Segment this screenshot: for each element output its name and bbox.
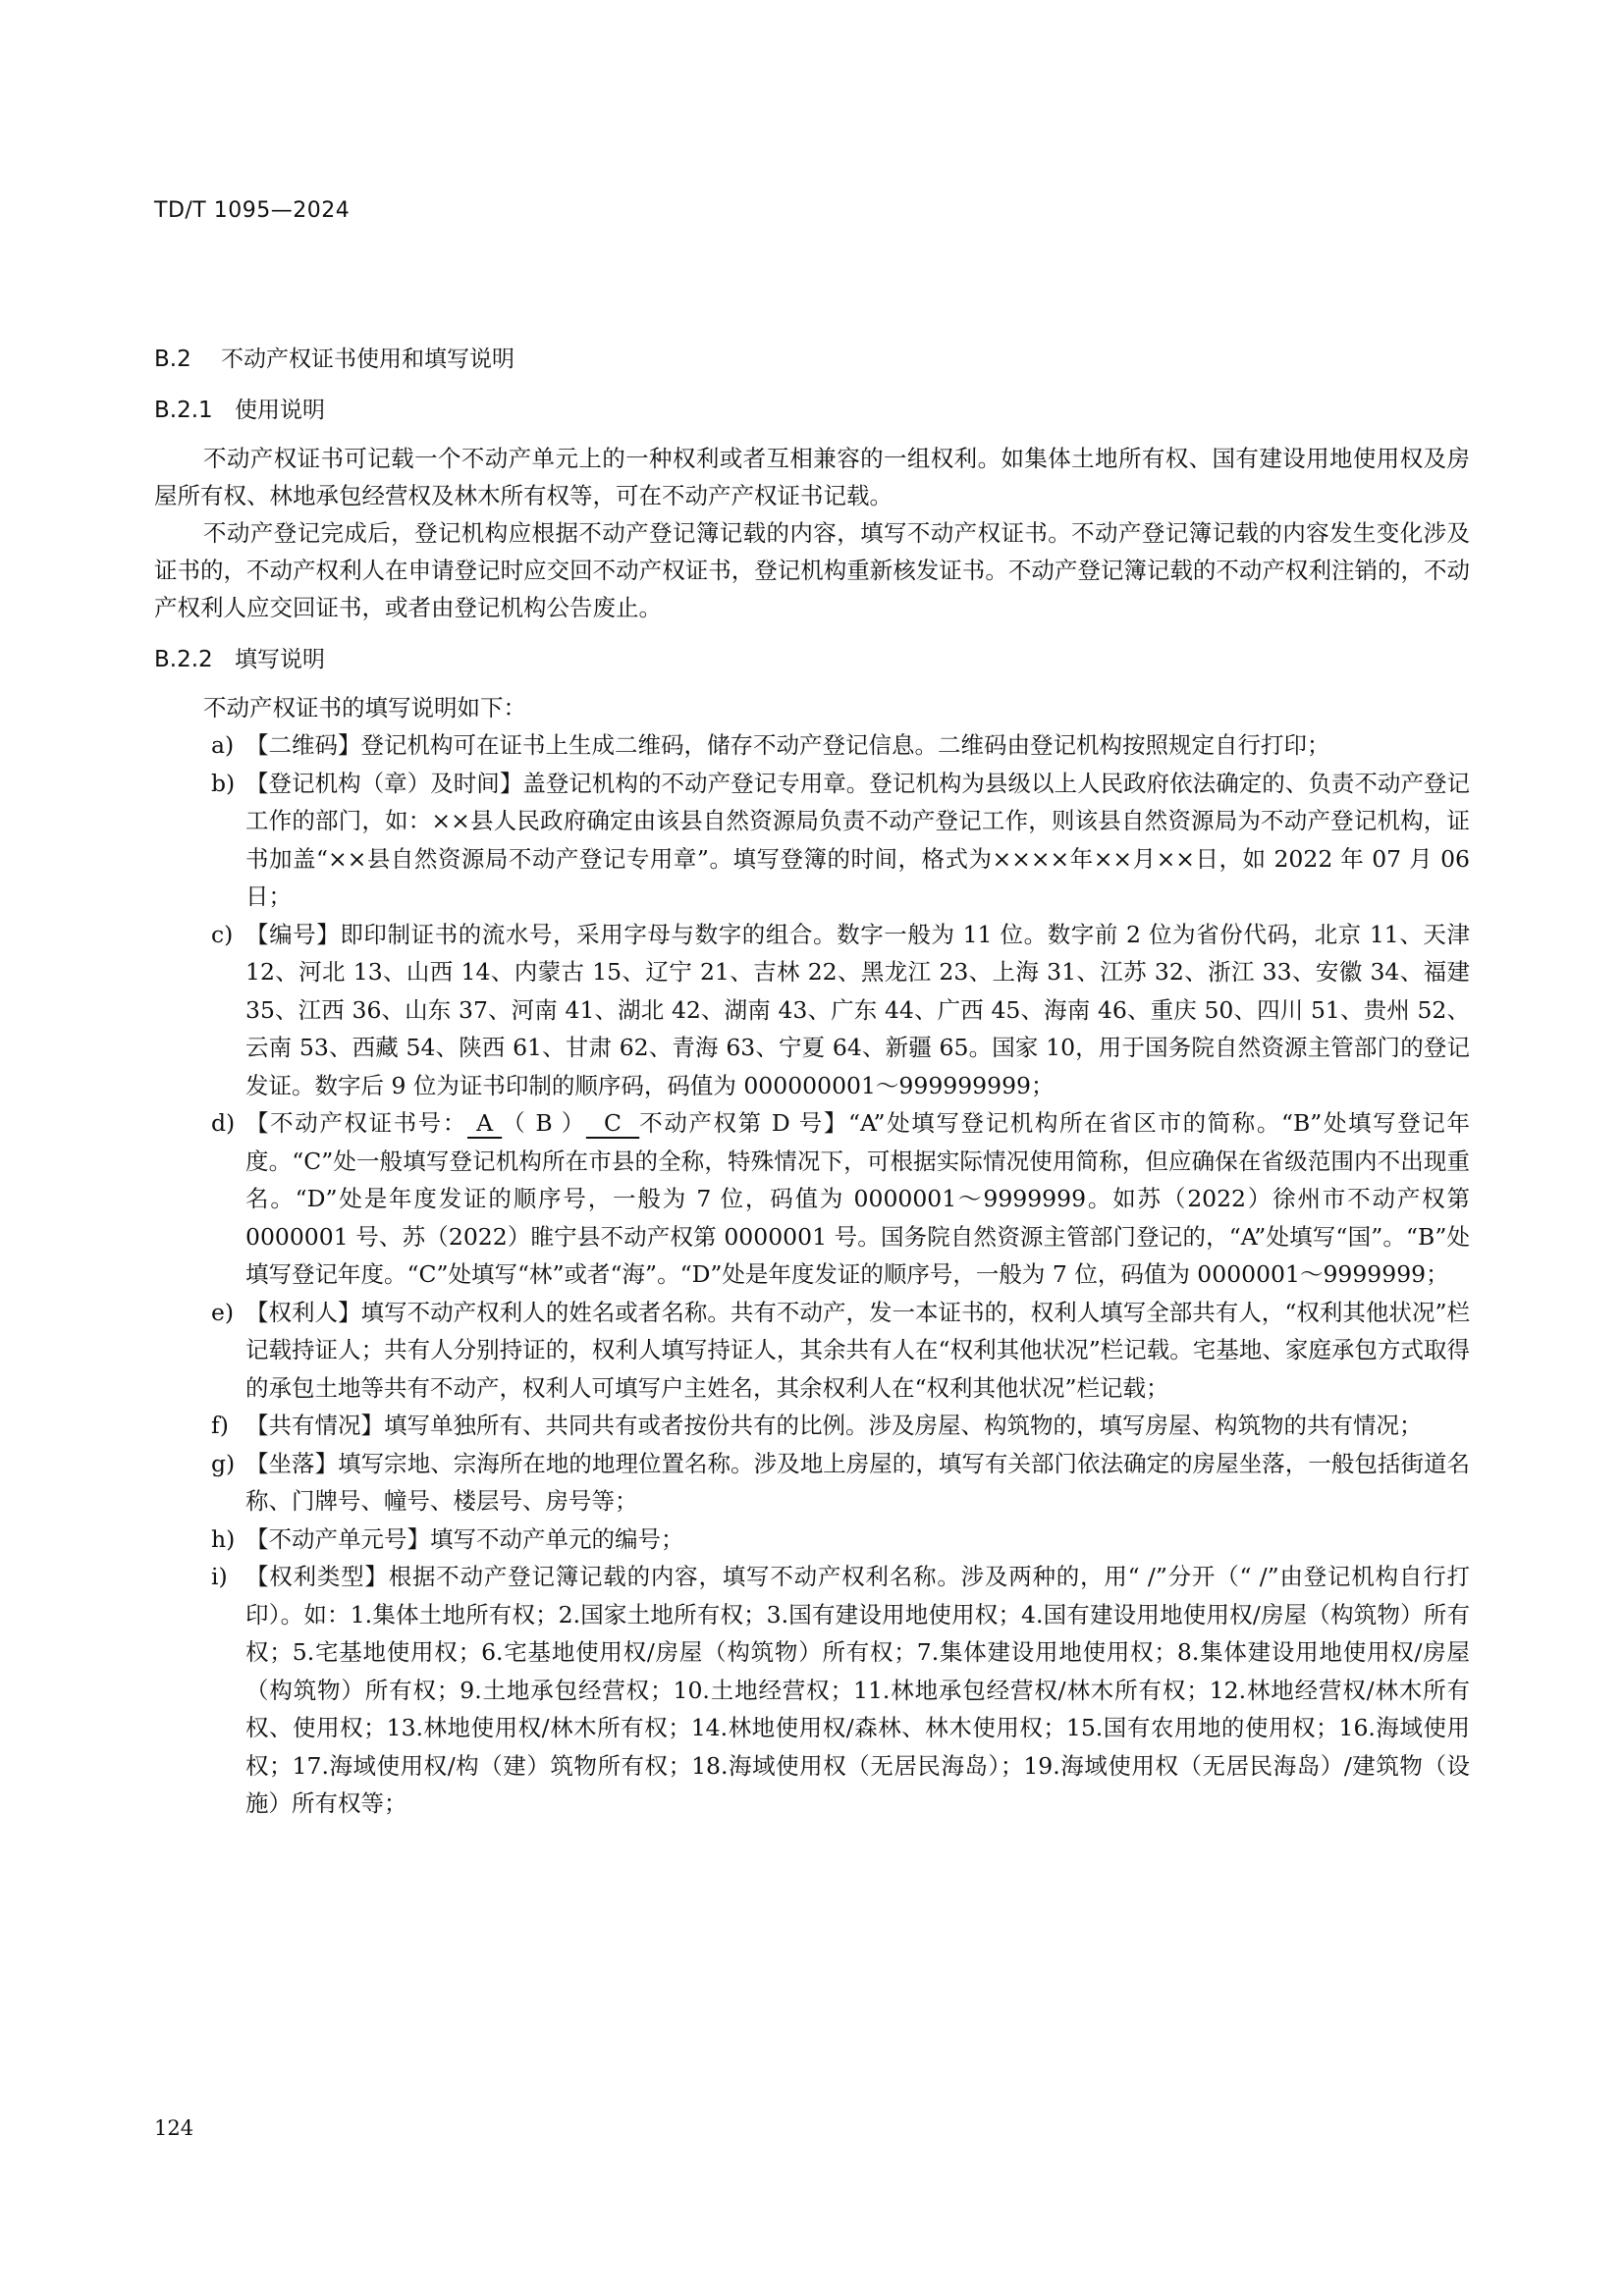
list-item-b: b) 【登记机构（章）及时间】盖登记机构的不动产登记专用章。登记机构为县级以上人…	[152, 765, 1470, 916]
list-item-g: g) 【坐落】填写宗地、宗海所在地的地理位置名称。涉及地上房屋的，填写有关部门依…	[152, 1445, 1470, 1521]
cert-field-a: A	[467, 1109, 502, 1137]
paragraph: 不动产权证书可记载一个不动产单元上的一种权利或者互相兼容的一组权利。如集体土地所…	[154, 440, 1470, 514]
list-item-text: 【不动产单元号】填写不动产单元的编号；	[245, 1525, 684, 1553]
list-item-text: 【权利类型】根据不动产登记簿记载的内容，填写不动产权利名称。涉及两种的，用“ /…	[245, 1563, 1470, 1817]
fill-instructions-list: a) 【二维码】登记机构可在证书上生成二维码，储存不动产登记信息。二维码由登记机…	[154, 726, 1470, 1823]
list-item-h: h) 【不动产单元号】填写不动产单元的编号；	[152, 1521, 1470, 1559]
list-item-text: 【编号】即印制证书的流水号，采用字母与数字的组合。数字一般为 11 位。数字前 …	[245, 921, 1470, 1099]
list-marker: g)	[211, 1445, 235, 1483]
list-item-i: i) 【权利类型】根据不动产登记簿记载的内容，填写不动产权利名称。涉及两种的，用…	[152, 1558, 1470, 1823]
list-marker: b)	[211, 765, 235, 803]
list-marker: a)	[211, 726, 234, 765]
list-item-c: c) 【编号】即印制证书的流水号，采用字母与数字的组合。数字一般为 11 位。数…	[152, 916, 1470, 1105]
list-marker: h)	[211, 1521, 235, 1559]
list-marker: f)	[211, 1407, 229, 1445]
subsection-title: 填写说明	[235, 647, 325, 672]
cert-field-c: C	[586, 1109, 639, 1137]
usage-paragraphs: 不动产权证书可记载一个不动产单元上的一种权利或者互相兼容的一组权利。如集体土地所…	[154, 440, 1470, 626]
list-item-e: e) 【权利人】填写不动产权利人的姓名或者名称。共有不动产，发一本证书的，权利人…	[152, 1294, 1470, 1408]
subsection-heading-b21: B.2.1使用说明	[154, 395, 1470, 426]
list-marker: e)	[211, 1294, 234, 1332]
list-item-d: d) 【不动产权证书号： A （ B ） C 不动产权第 D 号】“A”处填写登…	[152, 1104, 1470, 1294]
list-item-a: a) 【二维码】登记机构可在证书上生成二维码，储存不动产登记信息。二维码由登记机…	[152, 726, 1470, 765]
subsection-number: B.2.1	[154, 395, 235, 426]
cert-field-b: （ B ）	[502, 1109, 586, 1137]
subsection-heading-b22: B.2.2填写说明	[154, 644, 1470, 675]
list-item-text: 【共有情况】填写单独所有、共同共有或者按份共有的比例。涉及房屋、构筑物的，填写房…	[245, 1412, 1423, 1439]
list-item-text: 【坐落】填写宗地、宗海所在地的地理位置名称。涉及地上房屋的，填写有关部门依法确定…	[245, 1450, 1470, 1516]
section-heading: B.2不动产权证书使用和填写说明	[154, 344, 1470, 375]
section-title: 不动产权证书使用和填写说明	[221, 347, 514, 372]
list-item-text: 【二维码】登记机构可在证书上生成二维码，储存不动产登记信息。二维码由登记机构按照…	[245, 731, 1330, 759]
standard-code-header: TD/T 1095—2024	[154, 198, 350, 223]
list-intro: 不动产权证书的填写说明如下：	[154, 689, 1470, 726]
list-marker: c)	[211, 916, 233, 954]
list-item-f: f) 【共有情况】填写单独所有、共同共有或者按份共有的比例。涉及房屋、构筑物的，…	[152, 1407, 1470, 1445]
document-body: B.2不动产权证书使用和填写说明 B.2.1使用说明 不动产权证书可记载一个不动…	[154, 344, 1470, 1823]
subsection-number: B.2.2	[154, 644, 235, 675]
list-item-text: 【权利人】填写不动产权利人的姓名或者名称。共有不动产，发一本证书的，权利人填写全…	[245, 1299, 1470, 1402]
paragraph: 不动产登记完成后，登记机构应根据不动产登记簿记载的内容，填写不动产权证书。不动产…	[154, 514, 1470, 626]
list-item-text: 【登记机构（章）及时间】盖登记机构的不动产登记专用章。登记机构为县级以上人民政府…	[245, 770, 1470, 911]
section-number: B.2	[154, 344, 221, 375]
list-marker: i)	[211, 1558, 228, 1596]
cert-number-prefix: 【不动产权证书号：	[245, 1109, 467, 1137]
page-number: 124	[154, 2116, 193, 2140]
cert-number-suffix: 不动产权第 D 号】	[639, 1109, 848, 1137]
subsection-title: 使用说明	[235, 398, 325, 423]
list-marker: d)	[211, 1104, 235, 1143]
